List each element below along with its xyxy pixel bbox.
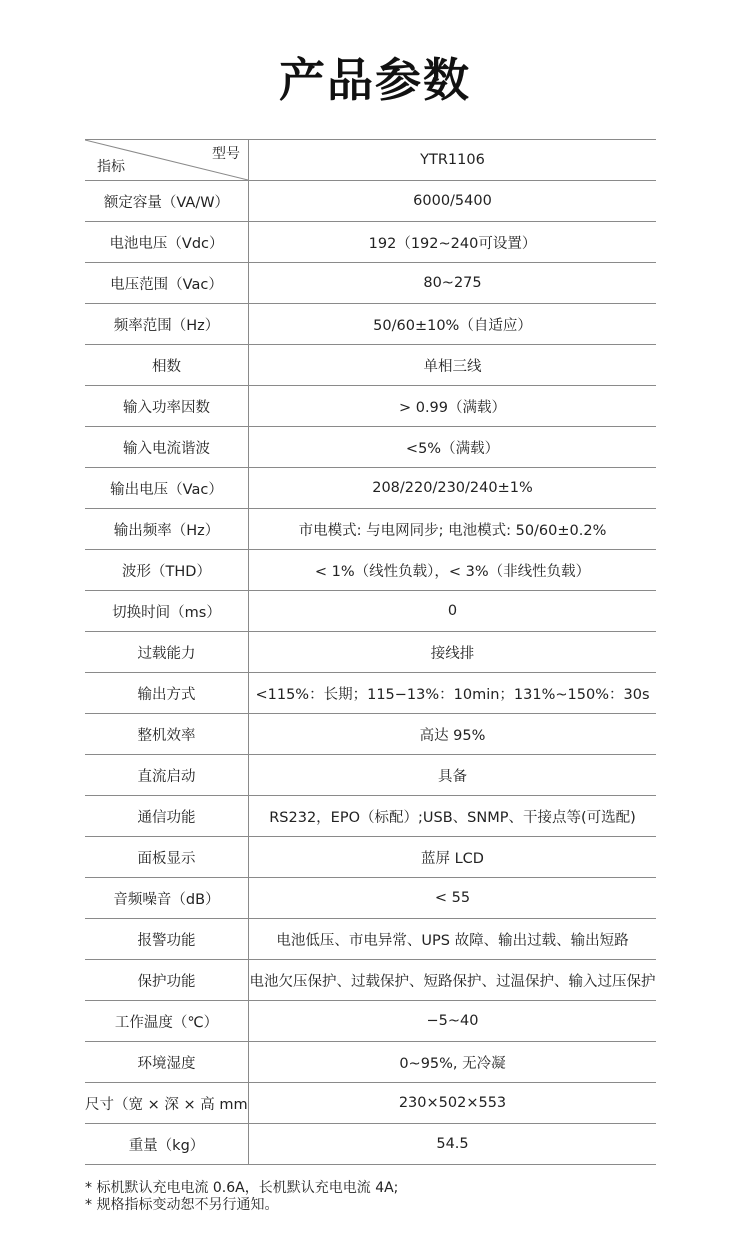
spec-label: 输入功率因数 xyxy=(85,386,249,427)
spec-value: RS232，EPO（标配）;USB、SNMP、干接点等(可选配) xyxy=(249,796,657,837)
spec-label: 通信功能 xyxy=(85,796,249,837)
spec-label: 输出频率（Hz） xyxy=(85,509,249,550)
spec-label: 直流启动 xyxy=(85,755,249,796)
footnotes: * 标机默认充电电流 0.6A，长机默认充电电流 4A; * 规格指标变动恕不另… xyxy=(85,1180,398,1214)
table-row: 通信功能RS232，EPO（标配）;USB、SNMP、干接点等(可选配) xyxy=(85,796,656,837)
table-row: 保护功能电池欠压保护、过载保护、短路保护、过温保护、输入过压保护 xyxy=(85,960,656,1001)
table-row: 过载能力接线排 xyxy=(85,632,656,673)
model-value: YTR1106 xyxy=(249,140,657,181)
table-row: 频率范围（Hz）50/60±10%（自适应） xyxy=(85,304,656,345)
spec-label: 音频噪音（dB） xyxy=(85,878,249,919)
model-header-label: 型号 xyxy=(212,143,240,163)
spec-label: 整机效率 xyxy=(85,714,249,755)
footnote: * 规格指标变动恕不另行通知。 xyxy=(85,1197,398,1214)
spec-value: 蓝屏 LCD xyxy=(249,837,657,878)
spec-label: 保护功能 xyxy=(85,960,249,1001)
spec-label: 电池电压（Vdc） xyxy=(85,222,249,263)
spec-label: 输出电压（Vac） xyxy=(85,468,249,509)
spec-label: 过载能力 xyxy=(85,632,249,673)
table-row: 相数单相三线 xyxy=(85,345,656,386)
spec-label: 工作温度（℃） xyxy=(85,1001,249,1042)
spec-value: 具备 xyxy=(249,755,657,796)
spec-label: 额定容量（VA/W） xyxy=(85,181,249,222)
spec-label: 面板显示 xyxy=(85,837,249,878)
spec-value: 市电模式: 与电网同步; 电池模式: 50/60±0.2% xyxy=(249,509,657,550)
corner-cell: 型号 指标 xyxy=(85,140,249,181)
table-row: 面板显示蓝屏 LCD xyxy=(85,837,656,878)
spec-value: < 1%（线性负载），< 3%（非线性负载） xyxy=(249,550,657,591)
table-row: 输入电流谐波<5%（满载） xyxy=(85,427,656,468)
spec-label: 频率范围（Hz） xyxy=(85,304,249,345)
spec-value: 230×502×553 xyxy=(249,1083,657,1124)
spec-value: 高达 95% xyxy=(249,714,657,755)
table-row: 工作温度（℃）−5~40 xyxy=(85,1001,656,1042)
spec-value: 0 xyxy=(249,591,657,632)
spec-value: < 55 xyxy=(249,878,657,919)
table-row: 音频噪音（dB）< 55 xyxy=(85,878,656,919)
spec-value: 54.5 xyxy=(249,1124,657,1165)
spec-label: 输出方式 xyxy=(85,673,249,714)
spec-value: 208/220/230/240±1% xyxy=(249,468,657,509)
spec-header-label: 指标 xyxy=(97,156,125,176)
spec-value: 80~275 xyxy=(249,263,657,304)
spec-label: 相数 xyxy=(85,345,249,386)
table-row: 输入功率因数> 0.99（满载） xyxy=(85,386,656,427)
table-row: 电压范围（Vac）80~275 xyxy=(85,263,656,304)
spec-value: 50/60±10%（自适应） xyxy=(249,304,657,345)
spec-value: 电池低压、市电异常、UPS 故障、输出过载、输出短路 xyxy=(249,919,657,960)
table-row: 直流启动具备 xyxy=(85,755,656,796)
spec-label: 环境湿度 xyxy=(85,1042,249,1083)
table-row: 重量（kg）54.5 xyxy=(85,1124,656,1165)
spec-label: 输入电流谐波 xyxy=(85,427,249,468)
table-row: 报警功能电池低压、市电异常、UPS 故障、输出过载、输出短路 xyxy=(85,919,656,960)
table-row: 波形（THD）< 1%（线性负载），< 3%（非线性负载） xyxy=(85,550,656,591)
spec-label: 尺寸（宽 × 深 × 高 mm） xyxy=(85,1083,249,1124)
table-row: 整机效率高达 95% xyxy=(85,714,656,755)
spec-label: 切换时间（ms） xyxy=(85,591,249,632)
spec-value: <5%（满载） xyxy=(249,427,657,468)
spec-label: 波形（THD） xyxy=(85,550,249,591)
table-row: 输出方式<115%：长期；115−13%：10min；131%~150%：30s xyxy=(85,673,656,714)
table-row: 输出电压（Vac）208/220/230/240±1% xyxy=(85,468,656,509)
table-row: 输出频率（Hz）市电模式: 与电网同步; 电池模式: 50/60±0.2% xyxy=(85,509,656,550)
table-header-row: 型号 指标 YTR1106 xyxy=(85,140,656,181)
spec-table: 型号 指标 YTR1106 额定容量（VA/W）6000/5400电池电压（Vd… xyxy=(85,139,656,1165)
spec-label: 电压范围（Vac） xyxy=(85,263,249,304)
spec-value: 电池欠压保护、过载保护、短路保护、过温保护、输入过压保护 xyxy=(249,960,657,1001)
spec-label: 重量（kg） xyxy=(85,1124,249,1165)
spec-value: 6000/5400 xyxy=(249,181,657,222)
spec-value: <115%：长期；115−13%：10min；131%~150%：30s xyxy=(249,673,657,714)
footnote: * 标机默认充电电流 0.6A，长机默认充电电流 4A; xyxy=(85,1180,398,1197)
spec-value: 192（192~240可设置） xyxy=(249,222,657,263)
table-row: 尺寸（宽 × 深 × 高 mm）230×502×553 xyxy=(85,1083,656,1124)
spec-value: > 0.99（满载） xyxy=(249,386,657,427)
spec-value: 接线排 xyxy=(249,632,657,673)
table-row: 环境湿度0~95%, 无冷凝 xyxy=(85,1042,656,1083)
spec-value: 0~95%, 无冷凝 xyxy=(249,1042,657,1083)
spec-label: 报警功能 xyxy=(85,919,249,960)
table-row: 额定容量（VA/W）6000/5400 xyxy=(85,181,656,222)
table-row: 切换时间（ms）0 xyxy=(85,591,656,632)
spec-value: 单相三线 xyxy=(249,345,657,386)
page-title: 产品参数 xyxy=(0,50,750,110)
table-row: 电池电压（Vdc）192（192~240可设置） xyxy=(85,222,656,263)
spec-value: −5~40 xyxy=(249,1001,657,1042)
